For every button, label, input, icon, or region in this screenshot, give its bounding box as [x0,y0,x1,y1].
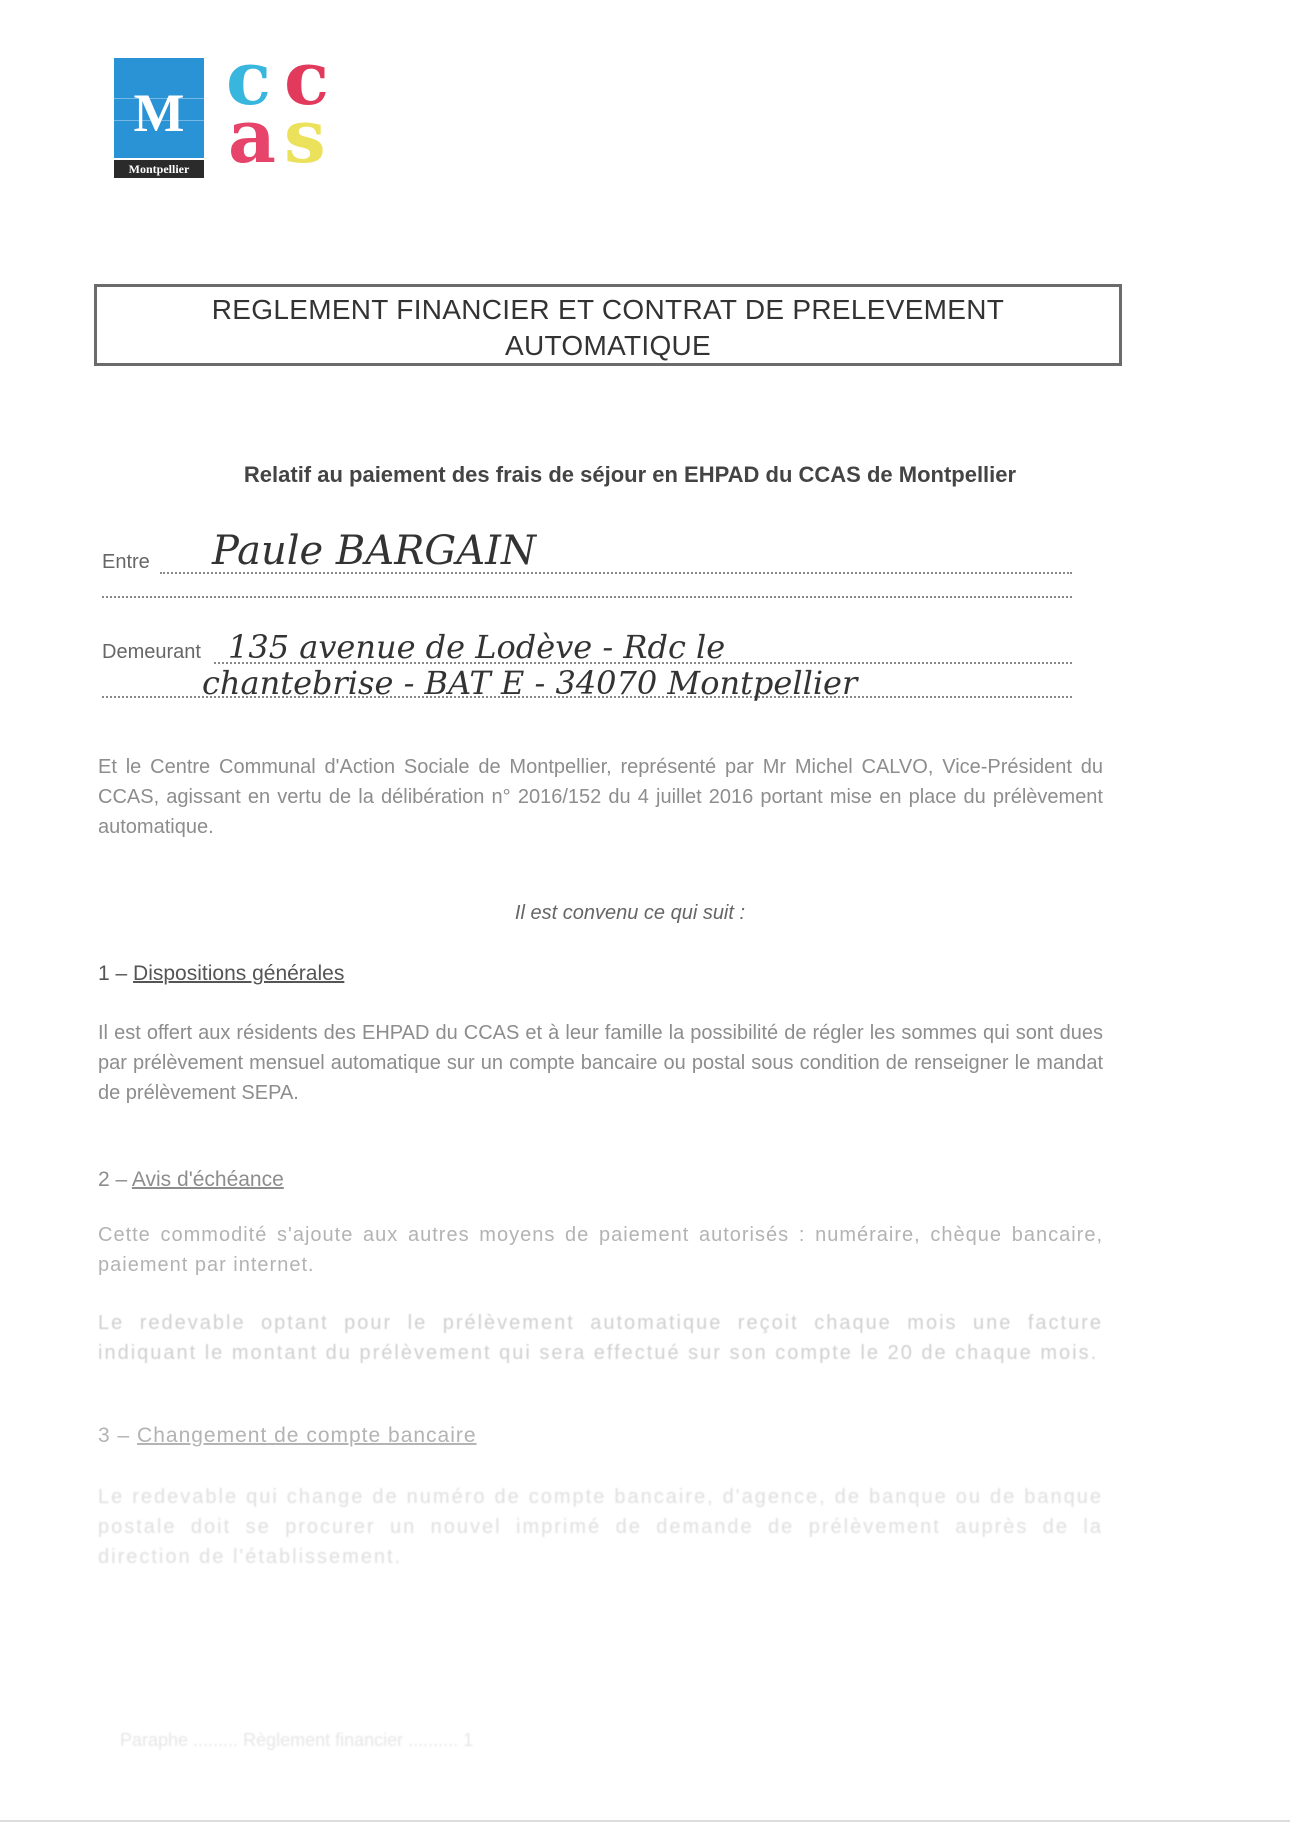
demeurant-label: Demeurant [102,641,201,664]
entre-field: Entre Paule BARGAIN [102,520,1072,580]
ccas-logo-letter: a [228,108,276,166]
demeurant-handwritten-line1: 135 avenue de Lodève - Rdc le [228,628,725,666]
document-title-box: REGLEMENT FINANCIER ET CONTRAT DE PRELEV… [94,284,1122,366]
section-2-paragraph-1: Cette commodité s'ajoute aux autres moye… [98,1220,1103,1280]
section-2-heading: 2 – Avis d'échéance [98,1168,284,1192]
entre-continuation-line [102,578,1072,604]
document-title-line: REGLEMENT FINANCIER ET CONTRAT DE PRELEV… [97,292,1119,328]
montpellier-logo-caption: Montpellier [114,160,204,178]
demeurant-field: Demeurant 135 avenue de Lodève - Rdc le [102,620,1072,670]
entre-handwritten-value: Paule BARGAIN [212,528,536,574]
section-2-title: Avis d'échéance [132,1168,284,1191]
demeurant-handwritten-line2: chantebrise - BAT E - 34070 Montpellier [202,664,857,702]
page-bottom-edge [0,1820,1290,1822]
section-1-heading: 1 – Dispositions générales [98,962,344,986]
montpellier-logo-block: M [114,58,204,158]
section-3-number: 3 – [98,1424,130,1447]
demeurant-continuation-line: chantebrise - BAT E - 34070 Montpellier [102,664,1072,704]
document-subtitle: Relatif au paiement des frais de séjour … [90,462,1170,488]
montpellier-logo: M Montpellier [114,58,204,180]
section-1-paragraph: Il est offert aux résidents des EHPAD du… [98,1018,1103,1108]
convenu-line: Il est convenu ce qui suit : [90,902,1170,925]
montpellier-logo-letter: M [114,86,204,140]
section-1-number: 1 – [98,962,127,985]
section-3-paragraph: Le redevable qui change de numéro de com… [98,1482,1103,1572]
ccas-logo-letter: s [284,108,326,166]
section-2-paragraph-2: Le redevable optant pour le prélèvement … [98,1308,1103,1368]
section-3-title: Changement de compte bancaire [137,1424,477,1447]
section-2-number: 2 – [98,1168,127,1191]
entre-label: Entre [102,551,150,574]
page-footer: Paraphe ......... Règlement financier ..… [120,1730,1120,1751]
intro-paragraph: Et le Centre Communal d'Action Sociale d… [98,752,1103,842]
ccas-logo: c c a s [226,50,356,190]
section-3-heading: 3 – Changement de compte bancaire [98,1424,477,1448]
document-title-line: AUTOMATIQUE [97,328,1119,364]
section-1-title: Dispositions générales [133,962,344,985]
